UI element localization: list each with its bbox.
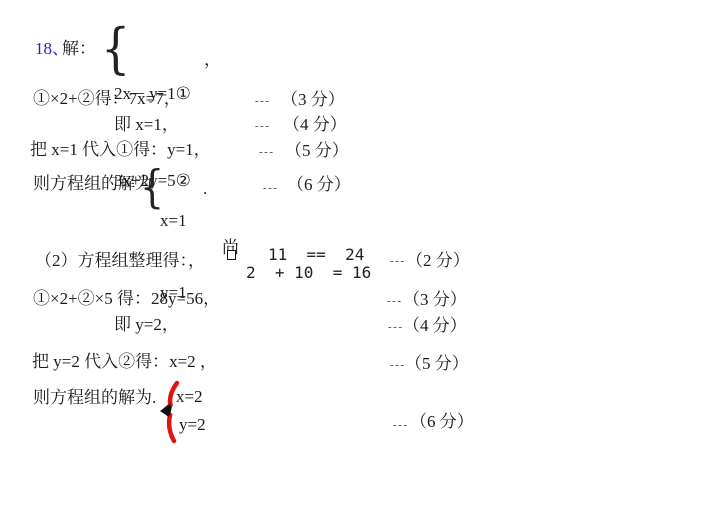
p2-conclusion-score: （6 分）: [410, 412, 474, 432]
p2-garbled-row1: 11 == 24: [268, 245, 364, 265]
p1-step2-score: （4 分）: [283, 115, 347, 135]
p1-step3-dots-leader: ---: [259, 147, 275, 158]
math-solution-document: 18、 解： { 2x − y=1① 3x+2y=5② ， ①×2+②得：7x=…: [0, 0, 709, 526]
system1-trailing-comma: ，: [204, 50, 221, 70]
p2-conclusion-prefix: 则方程组的解为.: [33, 388, 156, 408]
p2-answer-eq2: y=2: [179, 415, 206, 435]
p2-step2-score: （4 分）: [403, 316, 467, 336]
p2-step3-dots-leader: ---: [390, 360, 406, 371]
p1-step1-text: ①×2+②得：7x=7，: [33, 89, 181, 109]
p2-step3-score: （5 分）: [405, 354, 469, 374]
p1-step3-text: 把 x=1 代入①得：y=1，: [30, 140, 211, 160]
p2-step2-dots-leader: ---: [388, 322, 404, 333]
p2-header-score: （2 分）: [406, 251, 470, 271]
p1-step2-dots-leader: ---: [255, 121, 271, 132]
p2-answer-eq1: x=2: [176, 387, 203, 407]
p2-step1-score: （3 分）: [403, 290, 467, 310]
p2-garbled-row2: 2 + 10 = 16: [246, 263, 371, 283]
p1-step1-score: （3 分）: [281, 90, 345, 110]
p1-conclusion-score: （6 分）: [287, 175, 351, 195]
p1-conclusion-prefix: 则方程组的解为: [33, 174, 152, 194]
black-brace-overstroke: [169, 406, 171, 415]
p1-step2-text: 即 x=1，: [114, 115, 179, 135]
p2-step1-dots-leader: ---: [387, 296, 403, 307]
p2-conclusion-dots-leader: ---: [393, 420, 409, 431]
solve-label: 解：: [62, 39, 96, 59]
p1-step1-dots-leader: ---: [255, 96, 271, 107]
p1-answer-eq1: x=1: [160, 209, 187, 233]
p1-step3-score: （5 分）: [285, 141, 349, 161]
p2-step3-text: 把 y=2 代入②得：x=2 ，: [32, 352, 217, 372]
p1-answer-period: .: [203, 179, 207, 199]
p1-conclusion-dots-leader: ---: [263, 183, 279, 194]
p2-step2-text: 即 y=2，: [114, 315, 179, 335]
p2-step1-text: ①×2+②×5 得：28y=56，: [33, 289, 220, 309]
p2-header-dots-leader: ---: [390, 256, 406, 267]
render-artifact-box: [227, 250, 236, 260]
p2-header-text: （2）方程组整理得：，: [35, 251, 205, 271]
